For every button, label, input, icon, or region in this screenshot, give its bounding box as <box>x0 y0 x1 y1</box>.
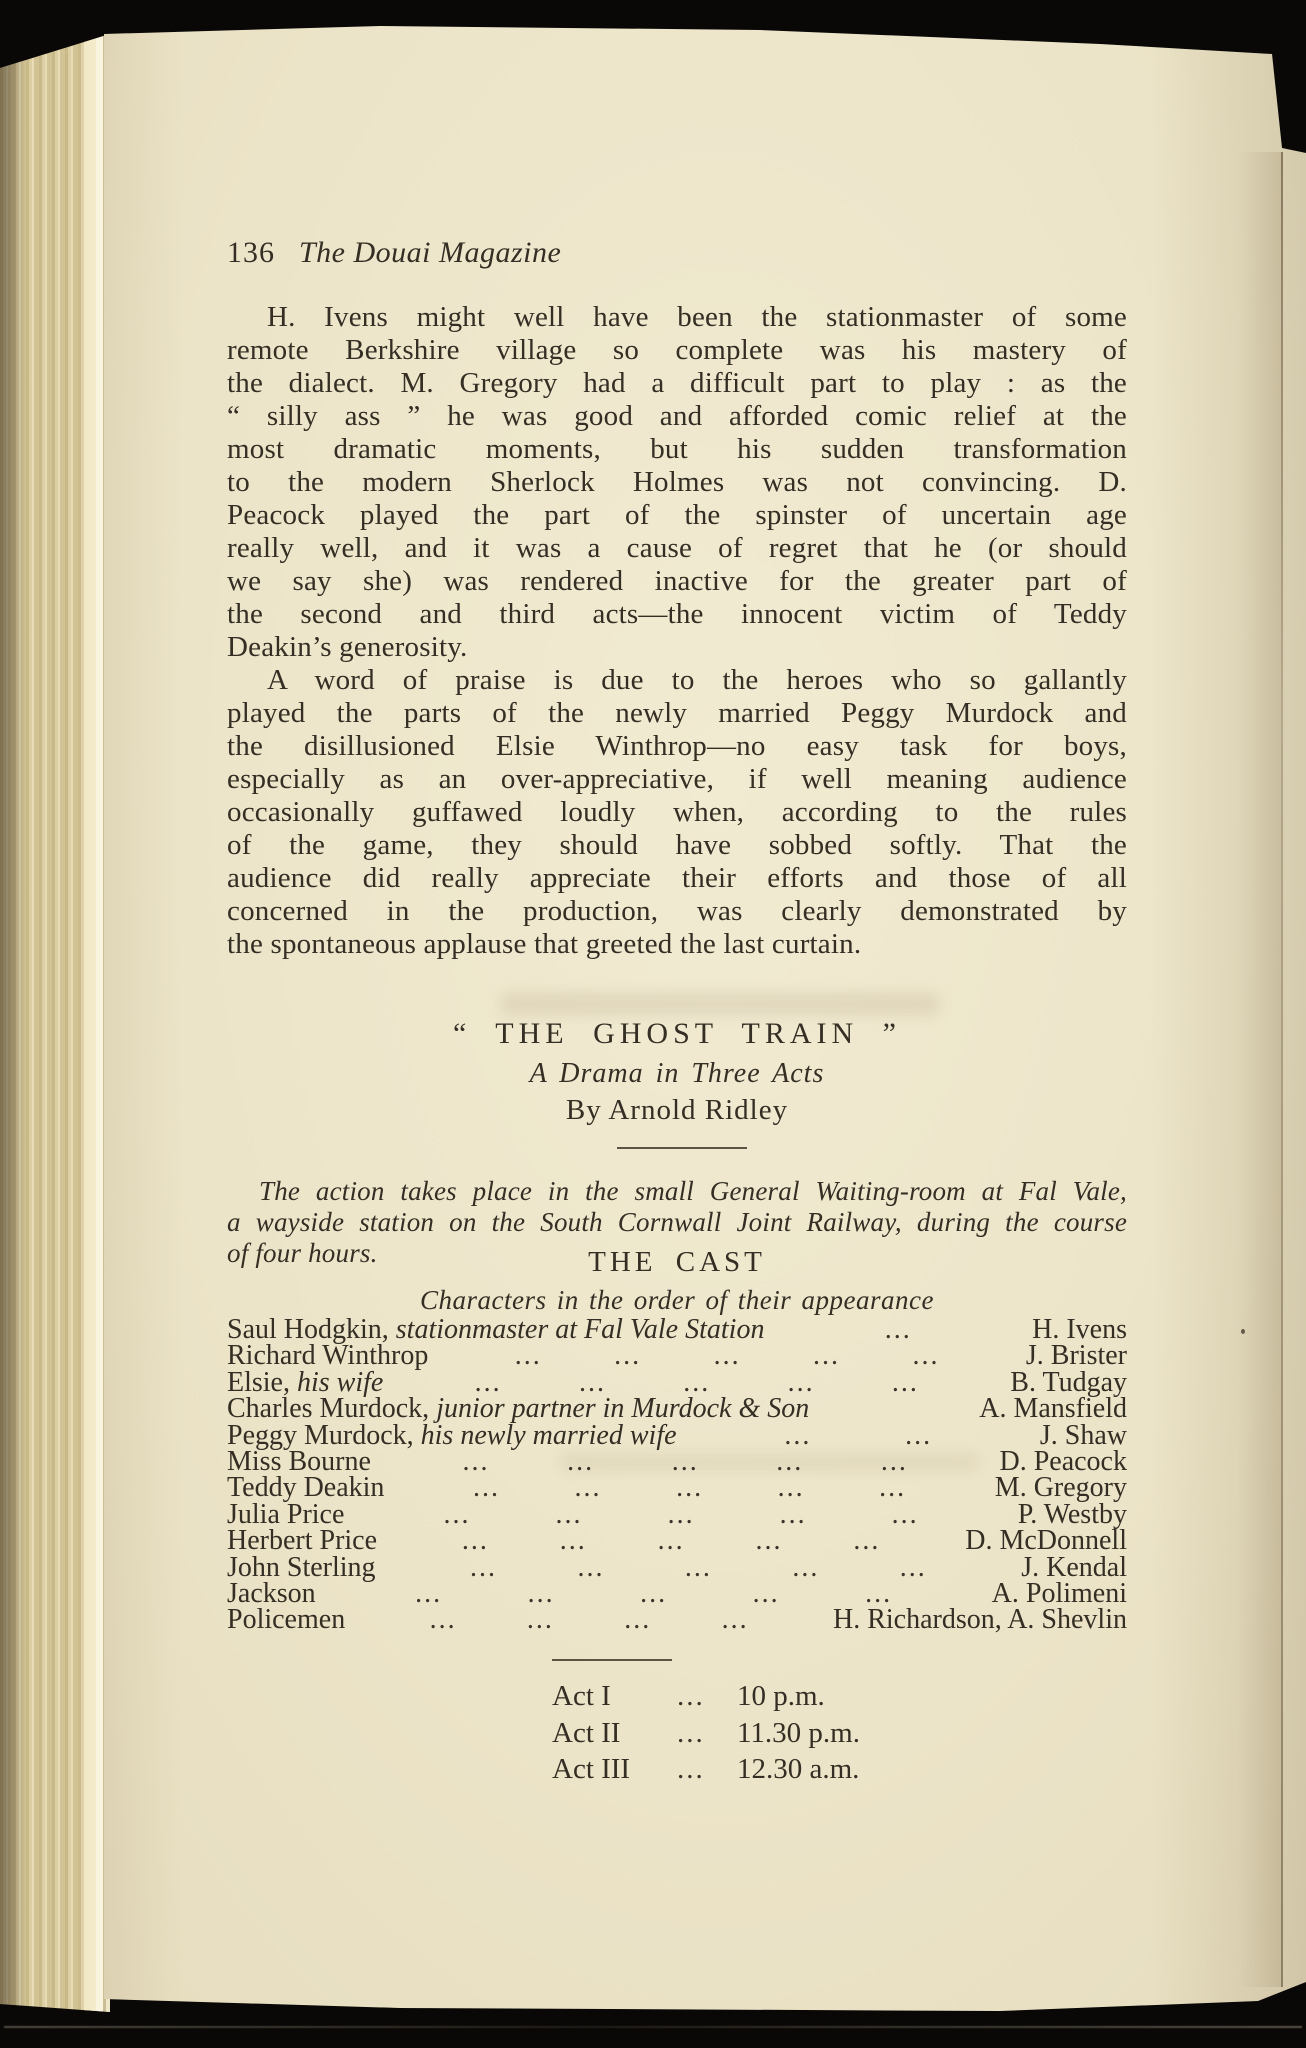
dot-group: ... <box>912 1343 939 1369</box>
dot-group: ... <box>677 1751 737 1788</box>
act-row: Act II...11.30 p.m. <box>552 1715 972 1752</box>
text-line: really well, and it was a cause of regre… <box>227 532 1127 565</box>
act-time: 12.30 a.m. <box>737 1751 972 1788</box>
dot-group: ... <box>853 1528 880 1554</box>
text-line: the dialect. M. Gregory had a difficult … <box>227 367 1127 400</box>
divider-rule <box>617 1147 747 1149</box>
text-line: occasionally guffawed loudly when, accor… <box>227 796 1127 829</box>
dot-group: ... <box>470 1555 497 1581</box>
dot-group: ... <box>658 1528 685 1554</box>
dot-group: ... <box>900 1555 927 1581</box>
cast-actor: H. Richardson, A. Shevlin <box>833 1607 1127 1633</box>
dot-group: ... <box>624 1607 651 1633</box>
dot-group: ... <box>780 1502 807 1528</box>
text-line: a wayside station on the South Cornwall … <box>227 1207 1127 1238</box>
dot-group: ... <box>677 1715 737 1752</box>
photographed-book-page: 136The Douai Magazine H. Ivens might wel… <box>0 0 1306 2048</box>
review-paragraph: H. Ivens might well have been the statio… <box>227 301 1127 664</box>
text-line: remote Berkshire village so complete was… <box>227 334 1127 367</box>
act-label: Act I <box>552 1678 677 1715</box>
cast-character: Policemen <box>227 1607 345 1633</box>
act-row: Act I...10 p.m. <box>552 1678 972 1715</box>
play-title: “ THE GHOST TRAIN ” <box>227 1017 1127 1051</box>
magazine-title: The Douai Magazine <box>299 236 561 269</box>
text-line: concerned in the production, was clearly… <box>227 895 1127 928</box>
dot-group: ... <box>676 1475 703 1501</box>
text-line: of the game, they should have sobbed sof… <box>227 829 1127 862</box>
play-subtitle: A Drama in Three Acts <box>227 1058 1127 1090</box>
act-label: Act III <box>552 1751 677 1788</box>
dot-group: ... <box>813 1343 840 1369</box>
page-edge-stack <box>0 34 110 2012</box>
act-times-list: Act I...10 p.m.Act II...11.30 p.m.Act II… <box>552 1678 972 1788</box>
dot-group: ... <box>473 1475 500 1501</box>
leader-dots: ............... <box>384 1475 994 1501</box>
text-line: “ silly ass ” he was good and afforded c… <box>227 400 1127 433</box>
dot-group: ... <box>515 1343 542 1369</box>
gutter-crease <box>1281 152 1283 1987</box>
review-text: H. Ivens might well have been the statio… <box>227 301 1127 961</box>
text-line: audience did really appreciate their eff… <box>227 862 1127 895</box>
cast-list: Saul Hodgkin, stationmaster at Fal Vale … <box>227 1317 1127 1634</box>
running-head: 136The Douai Magazine <box>227 236 1127 270</box>
cast-row: Teddy Deakin...............M. Gregory <box>227 1475 1127 1501</box>
leader-dots: ............... <box>376 1555 1022 1581</box>
dot-group: ... <box>677 1678 737 1715</box>
dot-group: ... <box>462 1528 489 1554</box>
leader-dots: ...... <box>677 1423 1040 1449</box>
cast-role: his newly married wife <box>414 1420 677 1451</box>
text-line: the spontaneous applause that greeted th… <box>227 928 1127 961</box>
divider-rule <box>552 1659 672 1661</box>
text-line: Deakin’s generosity. <box>227 631 1127 664</box>
text-line: the disillusioned Elsie Winthrop—no easy… <box>227 730 1127 763</box>
leader-dots: ... <box>764 1317 1032 1343</box>
cast-role: stationmaster at Fal Vale Station <box>389 1314 765 1345</box>
cast-actor: D. McDonnell <box>965 1528 1127 1554</box>
cast-heading: THE CAST <box>227 1246 1127 1279</box>
leader-dots: ............... <box>428 1343 1026 1369</box>
dot-group: ... <box>905 1423 932 1449</box>
leader-dots: ............... <box>377 1528 965 1554</box>
text-line: A word of praise is due to the heroes wh… <box>227 664 1127 697</box>
text-line: H. Ivens might well have been the statio… <box>227 301 1127 334</box>
dot-group: ... <box>685 1555 712 1581</box>
dot-group: ... <box>892 1502 919 1528</box>
text-line: we say she) was rendered inactive for th… <box>227 565 1127 598</box>
dot-group: ... <box>722 1607 749 1633</box>
cast-row: Herbert Price...............D. McDonnell <box>227 1528 1127 1554</box>
cast-character: Teddy Deakin <box>227 1475 384 1501</box>
cast-row: Policemen............H. Richardson, A. S… <box>227 1607 1127 1633</box>
dot-group: ... <box>885 1317 912 1343</box>
dot-group: ... <box>879 1475 906 1501</box>
leader-dots: ............ <box>345 1607 833 1633</box>
text-line: Peacock played the part of the spinster … <box>227 499 1127 532</box>
text-line: most dramatic moments, but his sudden tr… <box>227 433 1127 466</box>
act-row: Act III...12.30 a.m. <box>552 1751 972 1788</box>
dot-group: ... <box>892 1370 919 1396</box>
act-time: 11.30 p.m. <box>737 1715 972 1752</box>
text-line: to the modern Sherlock Holmes was not co… <box>227 466 1127 499</box>
page-surface: 136The Douai Magazine H. Ivens might wel… <box>0 0 1306 2048</box>
cast-actor: M. Gregory <box>995 1475 1127 1501</box>
review-paragraph: A word of praise is due to the heroes wh… <box>227 664 1127 961</box>
act-time: 10 p.m. <box>737 1678 972 1715</box>
dot-group: ... <box>575 1475 602 1501</box>
dot-group: ... <box>714 1343 741 1369</box>
cast-character: Herbert Price <box>227 1528 377 1554</box>
dot-group: ... <box>755 1528 782 1554</box>
cast-actor: J. Brister <box>1026 1343 1127 1369</box>
cast-row: Charles Murdock, junior partner in Murdo… <box>227 1396 1127 1422</box>
text-line: the second and third acts—the innocent v… <box>227 598 1127 631</box>
dot-group: ... <box>753 1581 780 1607</box>
text-line: played the parts of the newly married Pe… <box>227 697 1127 730</box>
cast-actor: A. Mansfield <box>979 1396 1127 1422</box>
table-edge-highlight <box>4 2026 1302 2028</box>
act-label: Act II <box>552 1715 677 1752</box>
dot-group: ... <box>560 1528 587 1554</box>
text-line: especially as an over-appreciative, if w… <box>227 763 1127 796</box>
dot-group: ... <box>430 1607 457 1633</box>
dot-group: ... <box>577 1555 604 1581</box>
dot-group: ... <box>778 1475 805 1501</box>
page-show-through <box>500 992 940 1016</box>
dot-group: ... <box>527 1607 554 1633</box>
dot-group: ... <box>614 1343 641 1369</box>
play-byline: By Arnold Ridley <box>227 1094 1127 1127</box>
gutter-shadow <box>1238 152 1281 1987</box>
dot-group: ... <box>792 1555 819 1581</box>
cast-subheading: Characters in the order of their appeara… <box>227 1285 1127 1316</box>
text-line: The action takes place in the small Gene… <box>227 1176 1127 1207</box>
page-number: 136 <box>227 236 275 269</box>
